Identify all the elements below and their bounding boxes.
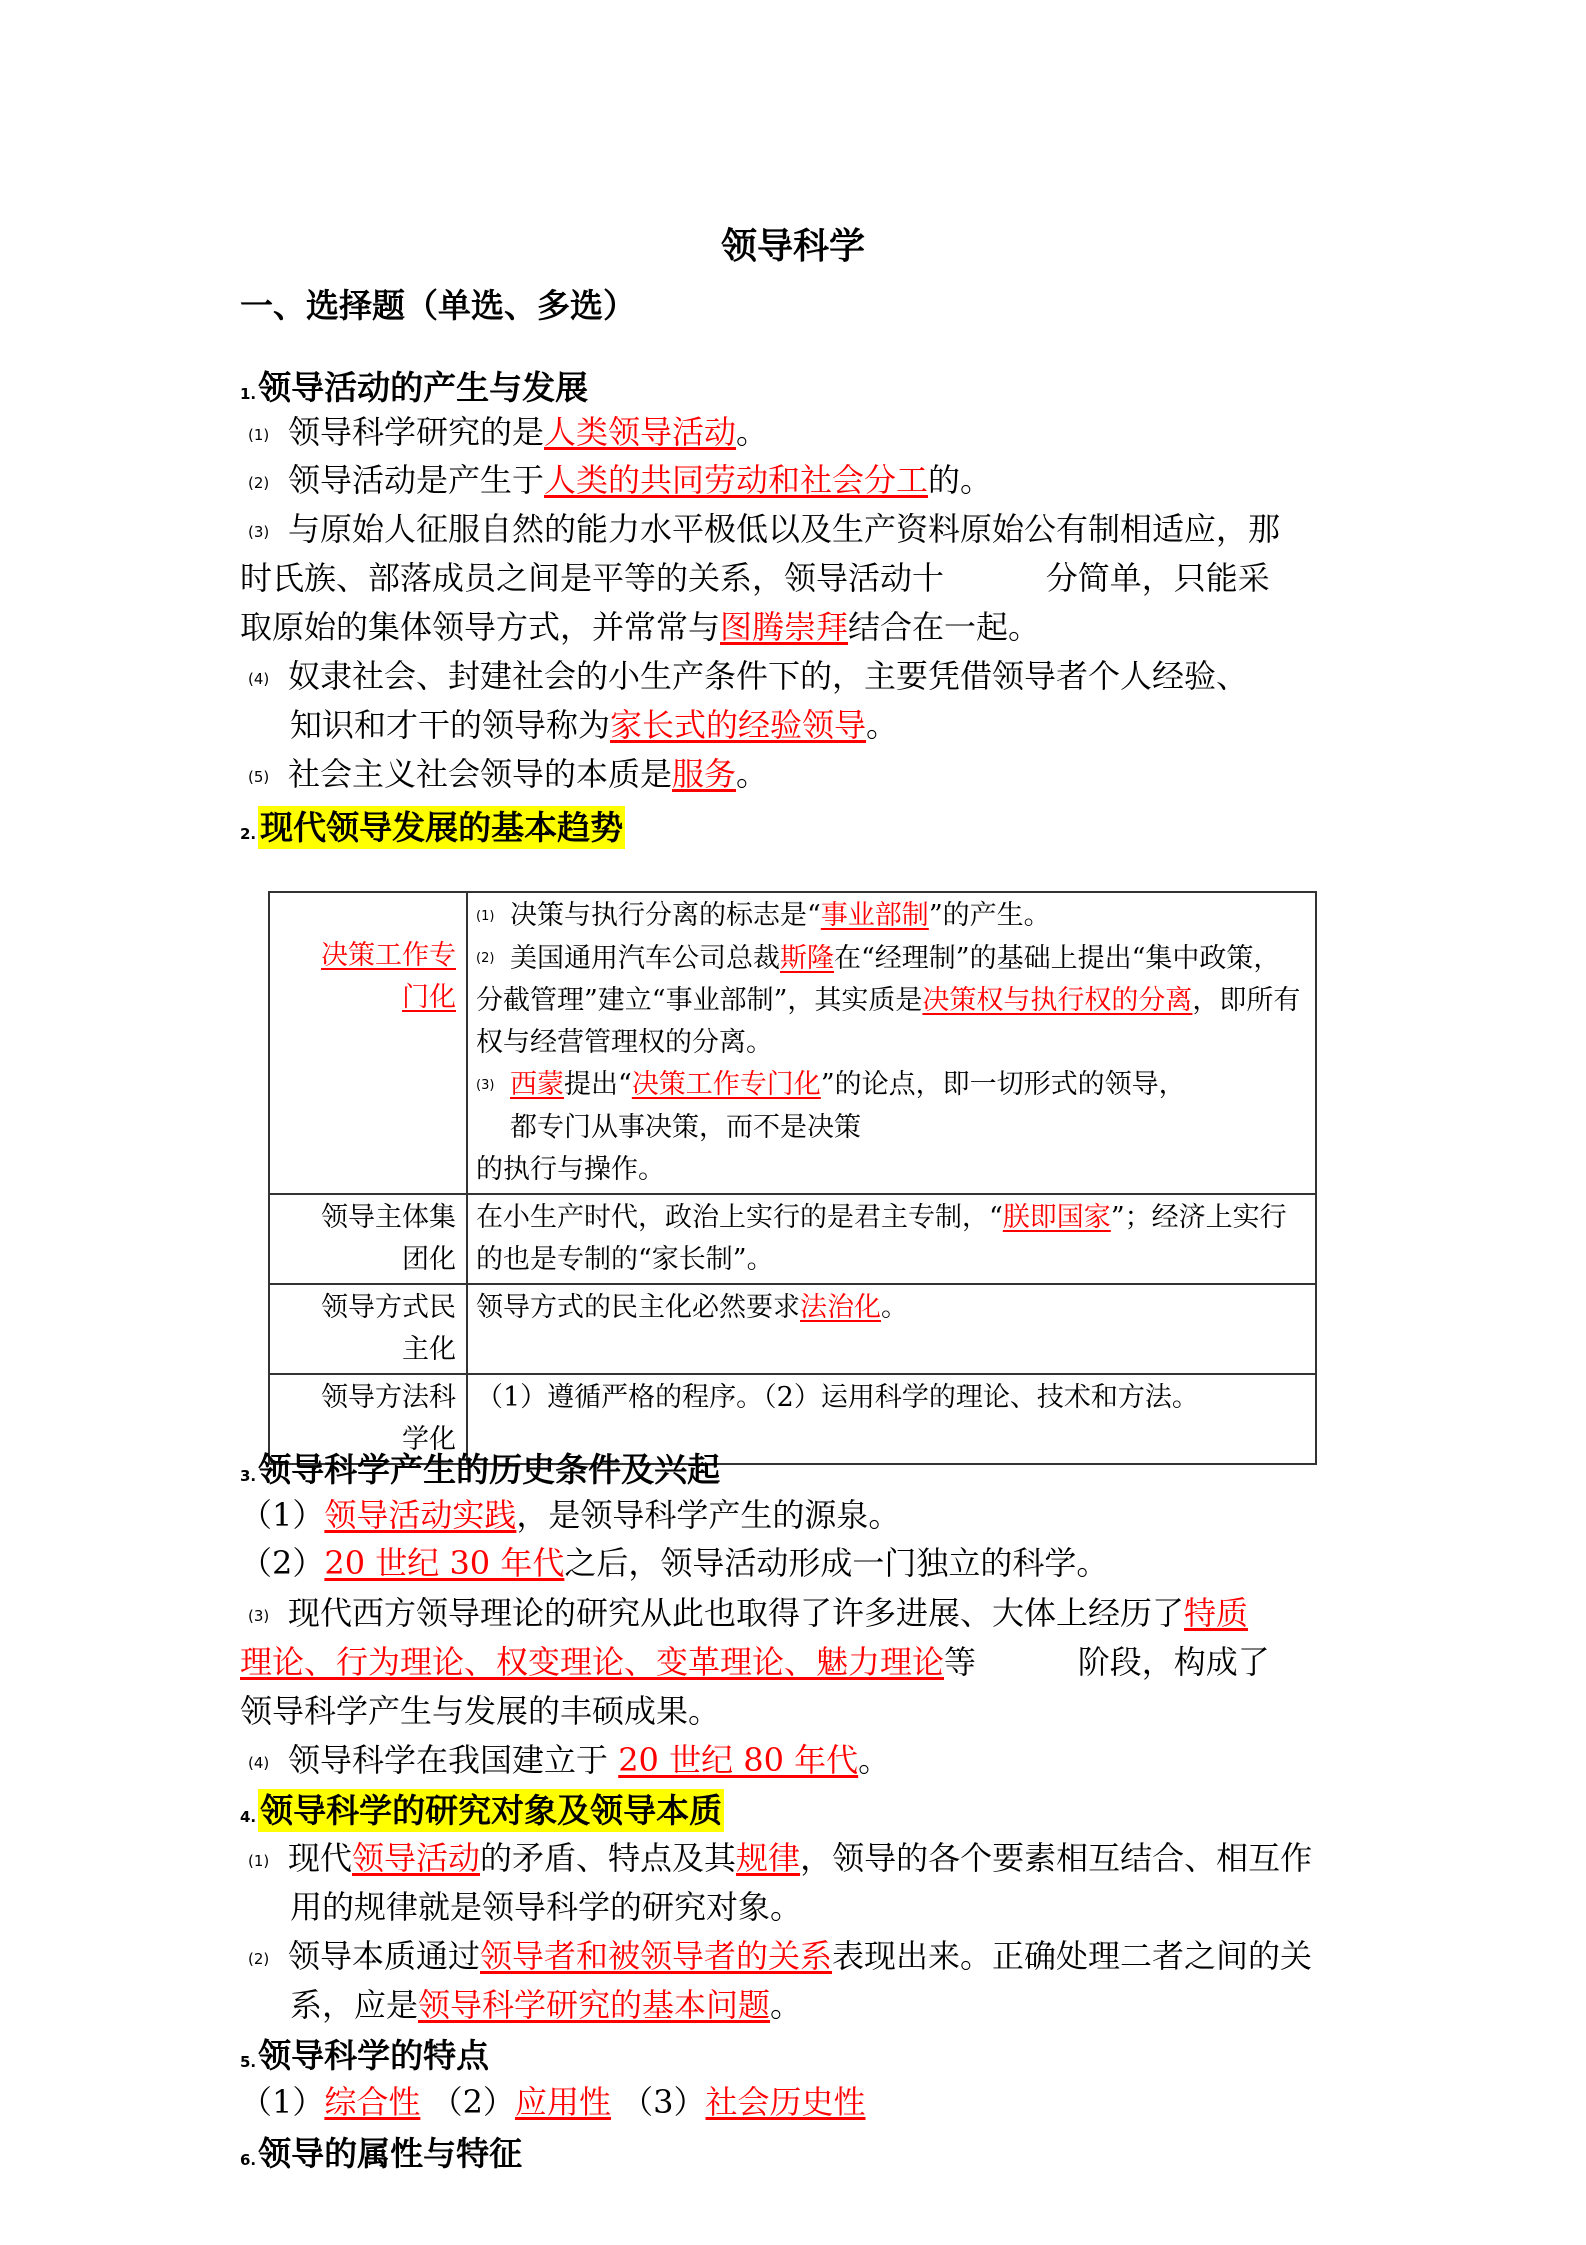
- answer-blank: 人类领导活动: [544, 413, 736, 451]
- trends-table: 决策工作专 门化 (1)决策与执行分离的标志是“事业部制”的产生。 (2)美国通…: [268, 891, 1317, 1465]
- topic-3-item-3-line-1: (3)现代西方领导理论的研究从此也取得了许多进展、大体上经历了特质: [248, 1588, 1248, 1641]
- answer-blank: 服务: [672, 755, 736, 793]
- section-heading: 一、选择题（单选、多选）: [240, 280, 636, 327]
- document-page: 领导科学 一、选择题（单选、多选） 1.领导活动的产生与发展 (1)领导科学研究…: [0, 0, 1586, 2245]
- topic-4-item-2-line-1: (2)领导本质通过领导者和被领导者的关系表现出来。正确处理二者之间的关: [248, 1931, 1312, 1984]
- trend-value: (1)决策与执行分离的标志是“事业部制”的产生。 (2)美国通用汽车公司总裁斯隆…: [467, 892, 1316, 1194]
- topic-1-item-3-line-1: (3)与原始人征服自然的能力水平极低以及生产资料原始公有制相适应，那: [248, 504, 1280, 557]
- topic-1-item-5: (5)社会主义社会领导的本质是服务。: [248, 749, 768, 802]
- answer-blank: 领导活动实践: [324, 1496, 516, 1534]
- topic-6-heading: 6.领导的属性与特征: [240, 2128, 522, 2175]
- table-row: 领导主体集 团化 在小生产时代，政治上实行的是君主专制，“朕即国家”；经济上实行…: [269, 1194, 1316, 1284]
- topic-4-heading: 4.领导科学的研究对象及领导本质: [240, 1785, 724, 1832]
- trend-value: 在小生产时代，政治上实行的是君主专制，“朕即国家”；经济上实行的也是专制的“家长…: [467, 1194, 1316, 1284]
- answer-blank: 20 世纪 80 年代: [618, 1741, 858, 1779]
- answer-blank: 人类的共同劳动和社会分工: [544, 461, 928, 499]
- topic-3-item-2: （2）20 世纪 30 年代之后，领导活动形成一门独立的科学。: [240, 1538, 1108, 1588]
- topic-3-item-4: (4)领导科学在我国建立于 20 世纪 80 年代。: [248, 1735, 890, 1788]
- topic-3-heading: 3.领导科学产生的历史条件及兴起: [240, 1444, 720, 1491]
- topic-4-item-2-line-2: 系，应是领导科学研究的基本问题。: [290, 1980, 802, 2030]
- table-row: 领导方式民 主化 领导方式的民主化必然要求法治化。: [269, 1284, 1316, 1374]
- topic-1-item-2: (2)领导活动是产生于人类的共同劳动和社会分工的。: [248, 455, 992, 508]
- topic-5-heading: 5.领导科学的特点: [240, 2030, 489, 2077]
- trend-key: 领导主体集 团化: [269, 1194, 467, 1284]
- page-title: 领导科学: [0, 218, 1586, 269]
- answer-blank: 20 世纪 30 年代: [324, 1544, 564, 1582]
- topic-3-item-3-line-2: 理论、行为理论、权变理论、变革理论、魅力理论等 阶段，构成了: [240, 1637, 1270, 1687]
- topic-3-item-3-line-3: 领导科学产生与发展的丰硕成果。: [240, 1686, 720, 1736]
- topic-1-heading: 1.领导活动的产生与发展: [240, 362, 588, 409]
- answer-blank: 家长式的经验领导: [610, 706, 866, 744]
- topic-1-item-4-line-2: 知识和才干的领导称为家长式的经验领导。: [290, 700, 898, 750]
- topic-5-features: （1）综合性 （2）应用性 （3）社会历史性: [240, 2077, 866, 2127]
- table-row: 决策工作专 门化 (1)决策与执行分离的标志是“事业部制”的产生。 (2)美国通…: [269, 892, 1316, 1194]
- topic-4-item-1-line-1: (1)现代领导活动的矛盾、特点及其规律，领导的各个要素相互结合、相互作: [248, 1833, 1312, 1886]
- topic-1-item-3-line-3: 取原始的集体领导方式，并常常与图腾崇拜结合在一起。: [240, 602, 1040, 652]
- highlighted-heading: 领导科学的研究对象及领导本质: [258, 1789, 724, 1832]
- topic-1-item-4-line-1: (4)奴隶社会、封建社会的小生产条件下的，主要凭借领导者个人经验、: [248, 651, 1248, 704]
- topic-2-heading: 2.现代领导发展的基本趋势: [240, 802, 625, 849]
- trend-key: 决策工作专 门化: [269, 892, 467, 1194]
- trend-value: 领导方式的民主化必然要求法治化。: [467, 1284, 1316, 1374]
- topic-1-item-3-line-2: 时氏族、部落成员之间是平等的关系，领导活动十 分简单，只能采: [240, 553, 1270, 603]
- topic-1-item-1: (1)领导科学研究的是人类领导活动。: [248, 407, 768, 460]
- topic-4-item-1-line-2: 用的规律就是领导科学的研究对象。: [290, 1882, 802, 1932]
- topic-3-item-1: （1）领导活动实践，是领导科学产生的源泉。: [240, 1490, 900, 1540]
- answer-blank: 图腾崇拜: [720, 608, 848, 646]
- highlighted-heading: 现代领导发展的基本趋势: [258, 806, 625, 849]
- trend-key: 领导方式民 主化: [269, 1284, 467, 1374]
